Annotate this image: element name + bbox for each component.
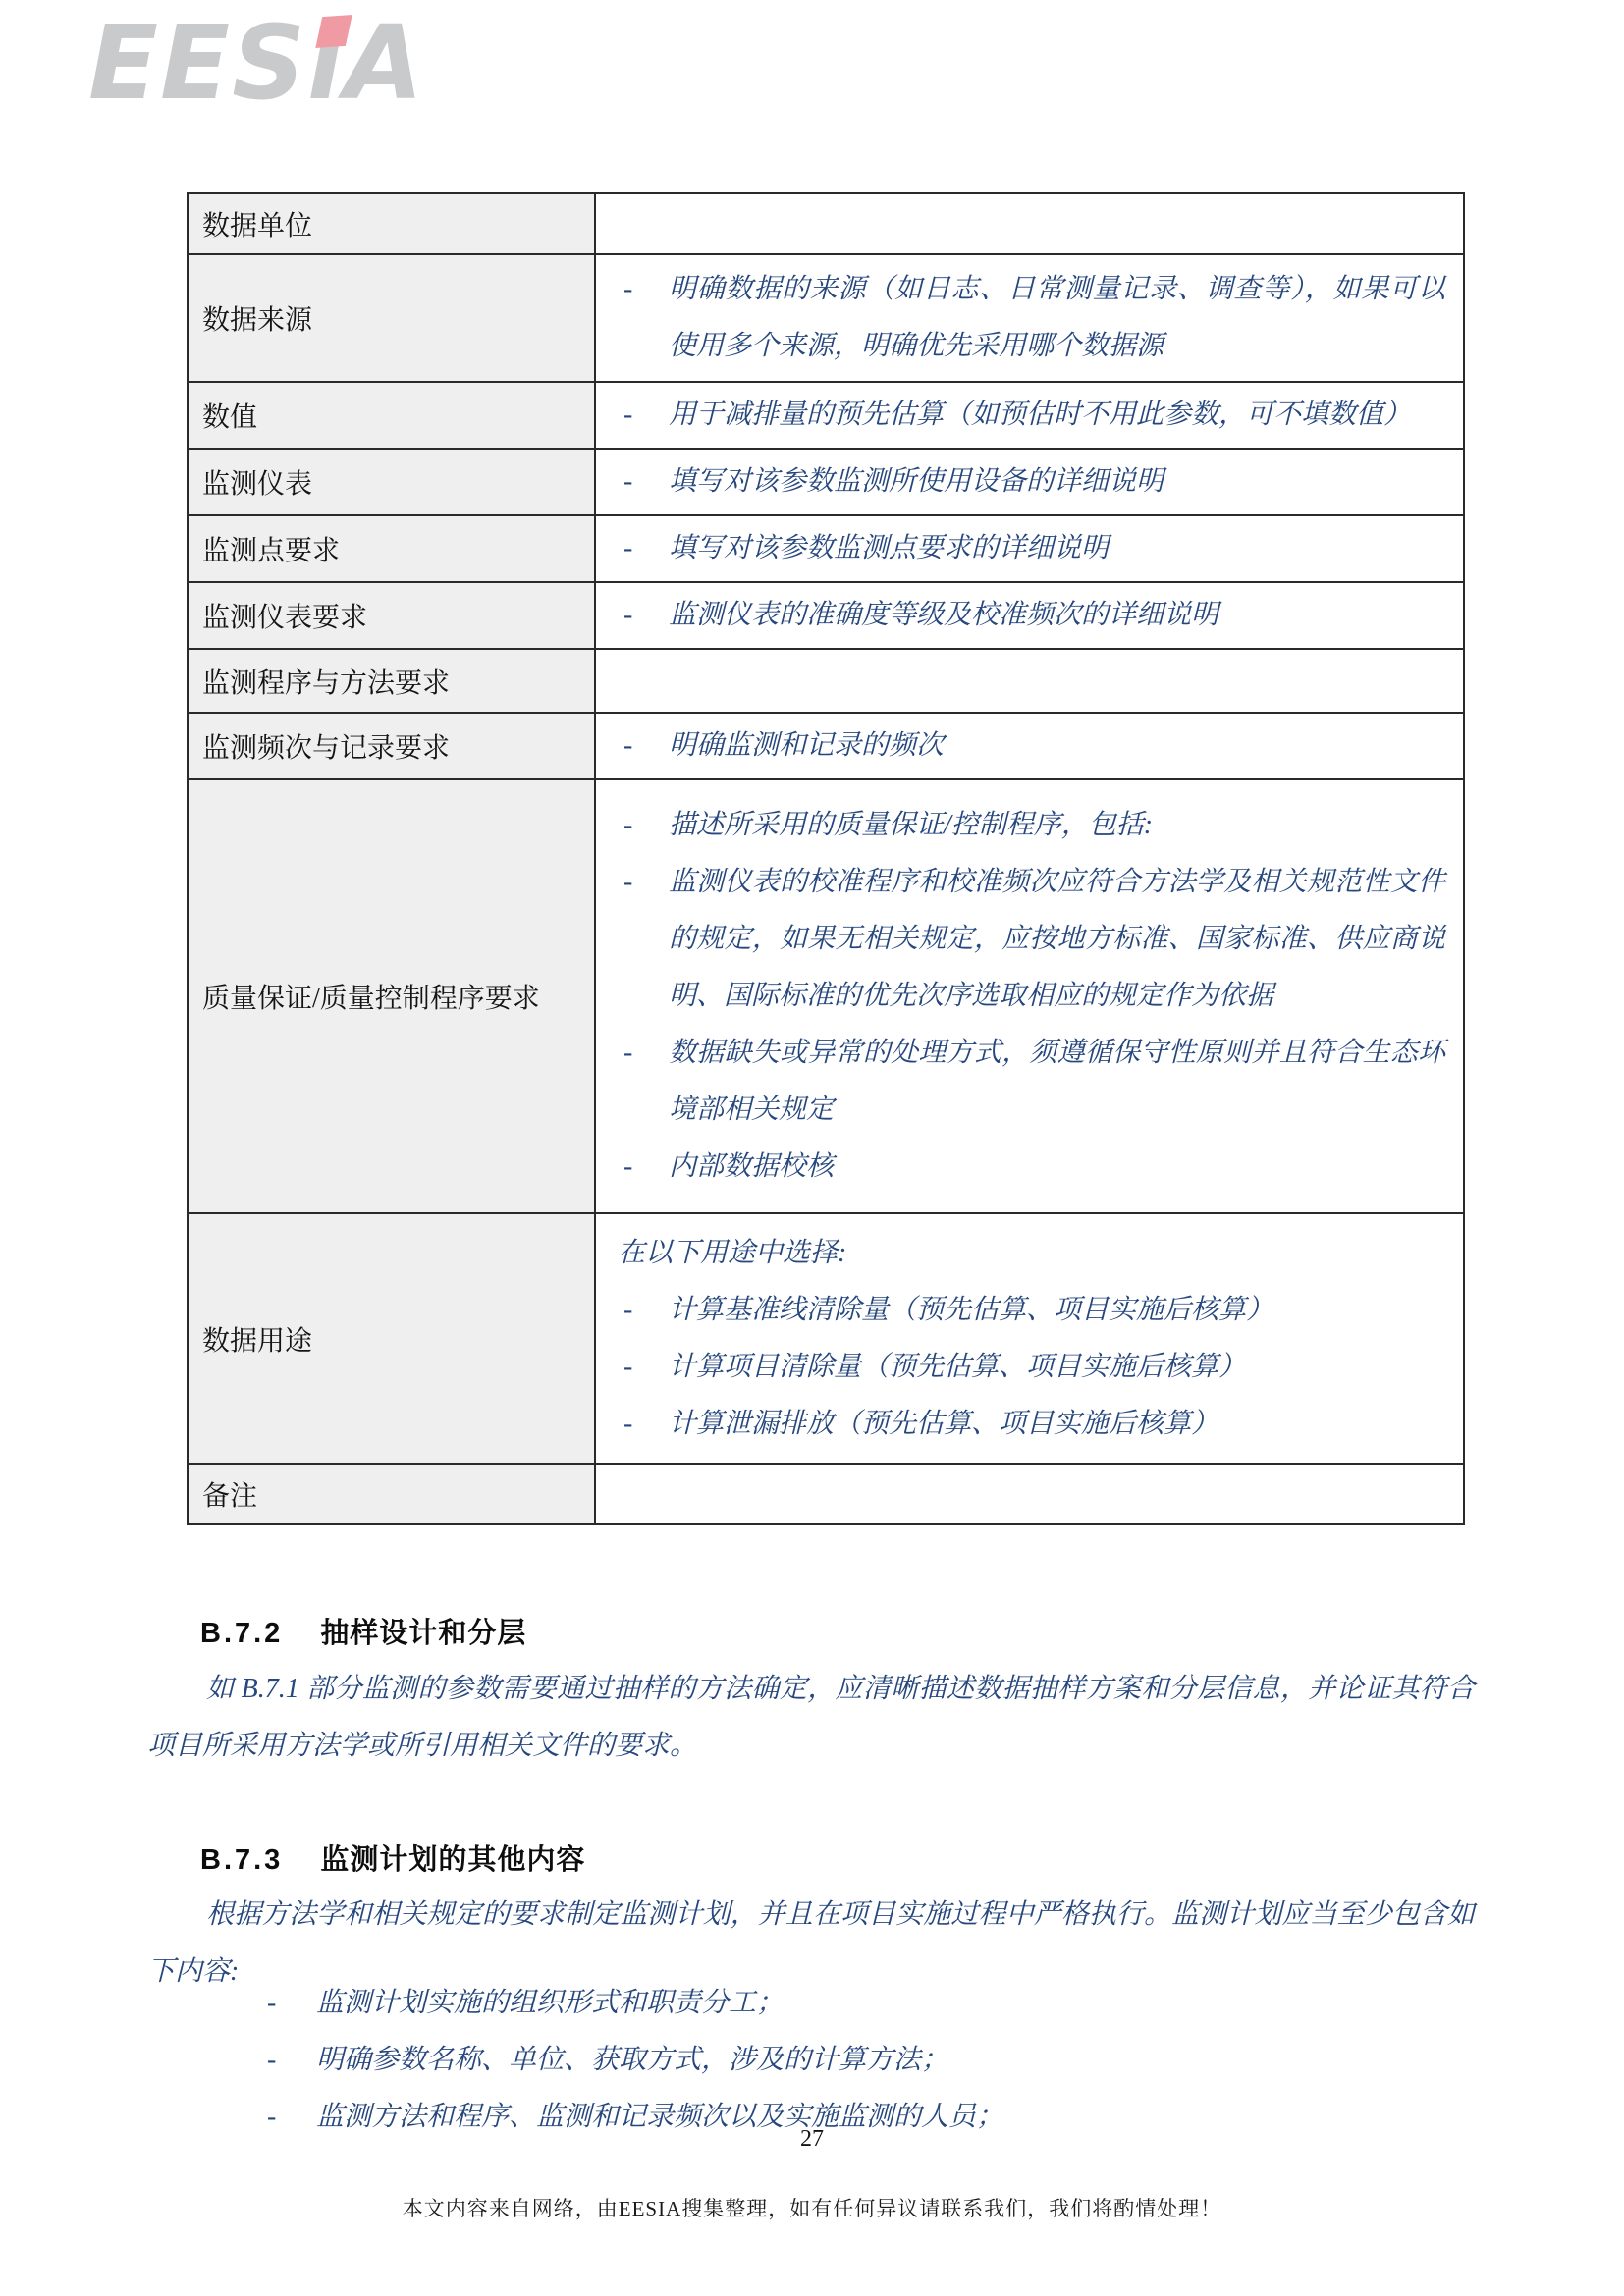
row-value [595, 649, 1464, 713]
table-row: 监测点要求 -填写对该参数监测点要求的详细说明 [188, 515, 1464, 582]
bullet-dash: - [616, 587, 669, 644]
bullet-dash: - [616, 1396, 669, 1453]
section-b73-bullet-list: -监测计划实施的组织形式和职责分工； -明确参数名称、单位、获取方式，涉及的计算… [147, 1975, 1475, 2146]
row-label: 监测程序与方法要求 [188, 649, 595, 713]
bullet-dash: - [616, 1025, 669, 1082]
row-value [595, 1464, 1464, 1524]
bullet-item: -描述所采用的质量保证/控制程序，包括: [616, 797, 1445, 854]
bullet-item: -监测计划实施的组织形式和职责分工； [147, 1975, 1475, 2032]
bullet-dash: - [616, 261, 669, 318]
bullet-item: -填写对该参数监测点要求的详细说明 [616, 520, 1445, 577]
eesia-logo: EESiA [88, 10, 425, 117]
row-value: -填写对该参数监测点要求的详细说明 [595, 515, 1464, 582]
section-heading-b72: B.7.2抽样设计和分层 [200, 1611, 526, 1651]
page-number: 27 [0, 2126, 1624, 2153]
footer-disclaimer: 本文内容来自网络，由EESIA搜集整理，如有任何异议请联系我们，我们将酌情处理！ [0, 2193, 1624, 2222]
row-label: 数据来源 [188, 254, 595, 382]
table-row: 数据来源 -明确数据的来源（如日志、日常测量记录、调查等），如果可以使用多个来源… [188, 254, 1464, 382]
row-label: 数据用途 [188, 1213, 595, 1464]
monitoring-parameter-table: 数据单位 数据来源 -明确数据的来源（如日志、日常测量记录、调查等），如果可以使… [187, 192, 1465, 1525]
bullet-dash: - [616, 797, 669, 854]
row-label: 数值 [188, 382, 595, 449]
bullet-dash: - [616, 520, 669, 577]
cell-intro-line: 在以下用途中选择: [616, 1225, 1445, 1282]
bullet-dash: - [147, 1975, 316, 2032]
row-value [595, 193, 1464, 254]
row-label: 监测仪表要求 [188, 582, 595, 649]
row-value: -描述所采用的质量保证/控制程序，包括: -监测仪表的校准程序和校准频次应符合方… [595, 779, 1464, 1213]
table-row: 质量保证/质量控制程序要求 -描述所采用的质量保证/控制程序，包括: -监测仪表… [188, 779, 1464, 1213]
table-row: 数据用途 在以下用途中选择: -计算基准线清除量（预先估算、项目实施后核算） -… [188, 1213, 1464, 1464]
section-number: B.7.2 [200, 1618, 283, 1649]
row-value: -明确数据的来源（如日志、日常测量记录、调查等），如果可以使用多个来源，明确优先… [595, 254, 1464, 382]
row-value: 在以下用途中选择: -计算基准线清除量（预先估算、项目实施后核算） -计算项目清… [595, 1213, 1464, 1464]
bullet-dash: - [616, 1282, 669, 1339]
table-row: 监测程序与方法要求 [188, 649, 1464, 713]
logo-text-left: EES [88, 3, 307, 123]
bullet-item: -明确参数名称、单位、获取方式，涉及的计算方法； [147, 2032, 1475, 2089]
row-value: -明确监测和记录的频次 [595, 713, 1464, 779]
bullet-item: -填写对该参数监测所使用设备的详细说明 [616, 454, 1445, 510]
row-label: 质量保证/质量控制程序要求 [188, 779, 595, 1213]
row-label: 监测频次与记录要求 [188, 713, 595, 779]
bullet-dash: - [616, 718, 669, 774]
bullet-dash: - [147, 2032, 316, 2089]
row-value: -填写对该参数监测所使用设备的详细说明 [595, 449, 1464, 515]
bullet-item: -数据缺失或异常的处理方式，须遵循保守性原则并且符合生态环境部相关规定 [616, 1025, 1445, 1139]
bullet-item: -计算基准线清除量（预先估算、项目实施后核算） [616, 1282, 1445, 1339]
table-row: 数值 -用于减排量的预先估算（如预估时不用此参数，可不填数值） [188, 382, 1464, 449]
bullet-item: -明确监测和记录的频次 [616, 718, 1445, 774]
section-title: 抽样设计和分层 [320, 1618, 526, 1649]
bullet-dash: - [616, 1339, 669, 1396]
row-label: 监测仪表 [188, 449, 595, 515]
section-title: 监测计划的其他内容 [320, 1844, 585, 1876]
bullet-item: -计算项目清除量（预先估算、项目实施后核算） [616, 1339, 1445, 1396]
section-b72-paragraph: 如 B.7.1 部分监测的参数需要通过抽样的方法确定，应清晰描述数据抽样方案和分… [147, 1661, 1475, 1775]
bullet-dash: - [616, 854, 669, 911]
row-value: -用于减排量的预先估算（如预估时不用此参数，可不填数值） [595, 382, 1464, 449]
logo-letter-i-with-accent: i [307, 10, 345, 117]
table-row: 数据单位 [188, 193, 1464, 254]
bullet-item: -监测仪表的校准程序和校准频次应符合方法学及相关规范性文件的规定，如果无相关规定… [616, 854, 1445, 1025]
table-row: 监测仪表 -填写对该参数监测所使用设备的详细说明 [188, 449, 1464, 515]
table-row: 监测频次与记录要求 -明确监测和记录的频次 [188, 713, 1464, 779]
row-label: 备注 [188, 1464, 595, 1524]
bullet-dash: - [616, 1139, 669, 1196]
row-value: -监测仪表的准确度等级及校准频次的详细说明 [595, 582, 1464, 649]
bullet-item: -计算泄漏排放（预先估算、项目实施后核算） [616, 1396, 1445, 1453]
logo-text-right: A [345, 3, 426, 123]
document-page: EESiA 数据单位 数据来源 -明确数据的来源（如日志、日常测量记录、调查等）… [0, 0, 1624, 2296]
section-heading-b73: B.7.3监测计划的其他内容 [200, 1838, 585, 1878]
row-label: 数据单位 [188, 193, 595, 254]
bullet-item: -明确数据的来源（如日志、日常测量记录、调查等），如果可以使用多个来源，明确优先… [616, 261, 1445, 375]
table-row: 监测仪表要求 -监测仪表的准确度等级及校准频次的详细说明 [188, 582, 1464, 649]
bullet-dash: - [616, 454, 669, 510]
bullet-item: -监测仪表的准确度等级及校准频次的详细说明 [616, 587, 1445, 644]
bullet-dash: - [616, 387, 669, 444]
bullet-item: -用于减排量的预先估算（如预估时不用此参数，可不填数值） [616, 387, 1445, 444]
bullet-item: -内部数据校核 [616, 1139, 1445, 1196]
section-number: B.7.3 [200, 1844, 283, 1876]
row-label: 监测点要求 [188, 515, 595, 582]
table-row: 备注 [188, 1464, 1464, 1524]
